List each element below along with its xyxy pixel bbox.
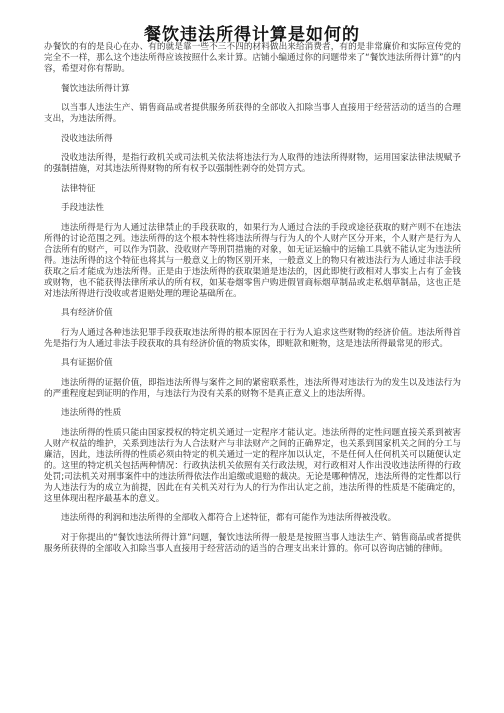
intro-paragraph: 办餐饮的有的是良心在办、有的就是靠一些不三不四的材料做出来给消费者，有的是非常廉… xyxy=(44,42,461,75)
article-body: 办餐饮的有的是良心在办、有的就是靠一些不三不四的材料做出来给消费者，有的是非常廉… xyxy=(44,42,461,563)
section-heading-legal-features: 法律特征 xyxy=(44,184,461,195)
paragraph-confiscation: 没收违法所得，是指行政机关或司法机关依法将违法行为人取得的违法所得财物，运用国家… xyxy=(44,153,461,175)
paragraph-conclusion: 对于你提出的“餐饮违法所得计算”问题，餐饮违法所得一般是是按照当事人违法生产、销… xyxy=(44,533,461,555)
paragraph-profit-note: 违法所得的利润和违法所得的全部收入都符合上述特征，都有可能作为违法所得被没收。 xyxy=(44,513,461,524)
subheading-illegal-means: 手段违法性 xyxy=(44,203,461,214)
subheading-economic-value: 具有经济价值 xyxy=(44,308,461,319)
paragraph-calculation: 以当事人违法生产、销售商品或者提供服务所获得的全部收入扣除当事人直接用于经营活动… xyxy=(44,103,461,125)
paragraph-economic-value: 行为人通过各种违法犯罪手段获取违法所得的根本原因在于行为人追求这些财物的经济价值… xyxy=(44,328,461,350)
subheading-nature: 违法所得的性质 xyxy=(44,408,461,419)
section-heading-calculation: 餐饮违法所得计算 xyxy=(44,84,461,95)
paragraph-evidence-value: 违法所得的证据价值，即指违法所得与案件之间的紧密联系性，违法所得对违法行为的发生… xyxy=(44,378,461,400)
paragraph-illegal-means: 违法所得是行为人通过法律禁止的手段获取的，如果行为人通过合法的手段或途径获取的财… xyxy=(44,223,461,300)
section-heading-confiscation: 没收违法所得 xyxy=(44,134,461,145)
subheading-evidence-value: 具有证据价值 xyxy=(44,358,461,369)
paragraph-nature: 违法所得的性质只能由国家授权的特定机关通过一定程序才能认定。违法所得的定性问题直… xyxy=(44,428,461,505)
